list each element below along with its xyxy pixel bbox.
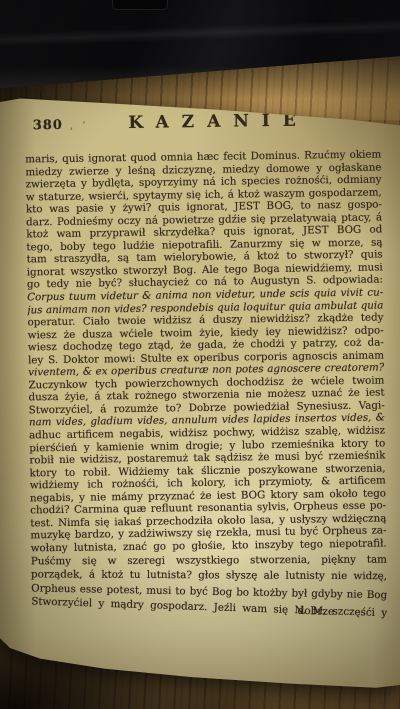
page-header: 380 , ’ KAZANIE xyxy=(33,109,383,140)
ink-flourish: , ’ xyxy=(70,121,89,132)
book-page-wrap: 380 , ’ KAZANIE maris, quis ignorat quod… xyxy=(0,0,400,709)
catchword: dobrze xyxy=(297,605,334,618)
book-page: 380 , ’ KAZANIE maris, quis ignorat quod… xyxy=(0,0,400,709)
text-line: porządek, á ktoż tu lutnista? głos słysz… xyxy=(31,568,387,582)
header-title: KAZANIE xyxy=(128,110,309,133)
black-object-seam xyxy=(0,19,400,47)
body-text: maris, quis ignorat quod omnia hæc fecit… xyxy=(25,148,387,605)
black-object-notch xyxy=(112,0,168,10)
page-number: 380 xyxy=(33,118,63,133)
book-photo: 380 , ’ KAZANIE maris, quis ignorat quod… xyxy=(0,0,400,709)
printed-text: 380 , ’ KAZANIE maris, quis ignorat quod… xyxy=(0,0,400,709)
text-line: Puśćmy się w szeregi wszystkiego stworze… xyxy=(31,553,387,567)
